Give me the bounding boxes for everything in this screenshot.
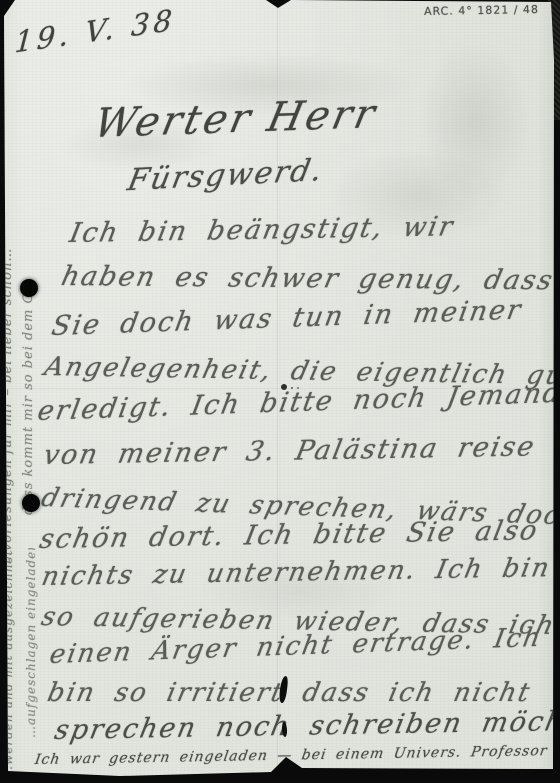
body-line: haben es schwer genug, dass [59, 261, 558, 296]
body-line-small: Ich war gestern eingeladen — bei einem U… [34, 742, 560, 768]
margin-note: …vorlesungen für mir – bei lieber schön… [0, 235, 15, 565]
body-line: sprechen noch schreiben möcht. [52, 706, 560, 746]
margin-note: …werden und mit ausgezeichneten… [1, 550, 15, 778]
punch-hole-lower [22, 494, 40, 512]
greeting-line-1: Werter Herr [90, 91, 382, 147]
margin-note: …aufgeschlagen eingeladen… [24, 548, 38, 738]
body-line: Sie doch was tun in meiner [49, 294, 524, 342]
punch-hole-upper [20, 279, 38, 297]
body-line: nichts zu unternehmen. Ich bin [39, 553, 553, 592]
body-line: schön dort. Ich bitte Sie also [37, 515, 542, 555]
letter-sheet: ARC. 4° 1821 / 48 19. V. 38 Werter Herr … [0, 0, 560, 783]
greeting-line-2: Fürsgwerd. [125, 153, 327, 199]
scanned-letter-page: { "scan": { "archive_mark": "ARC. 4° 182… [0, 0, 560, 783]
margin-note: dass kommt mir so bei dem Gedicht… [21, 285, 36, 515]
body-line: von meiner 3. Palästina reise [41, 431, 538, 471]
body-line: Ich bin beängstigt, wir [67, 211, 457, 249]
pencil-smudge [420, 40, 530, 200]
body-line: bin so irritiert dass ich nicht [45, 678, 534, 708]
archive-mark: ARC. 4° 1821 / 48 [424, 3, 539, 18]
letter-date: 19. V. 38 [14, 2, 177, 59]
